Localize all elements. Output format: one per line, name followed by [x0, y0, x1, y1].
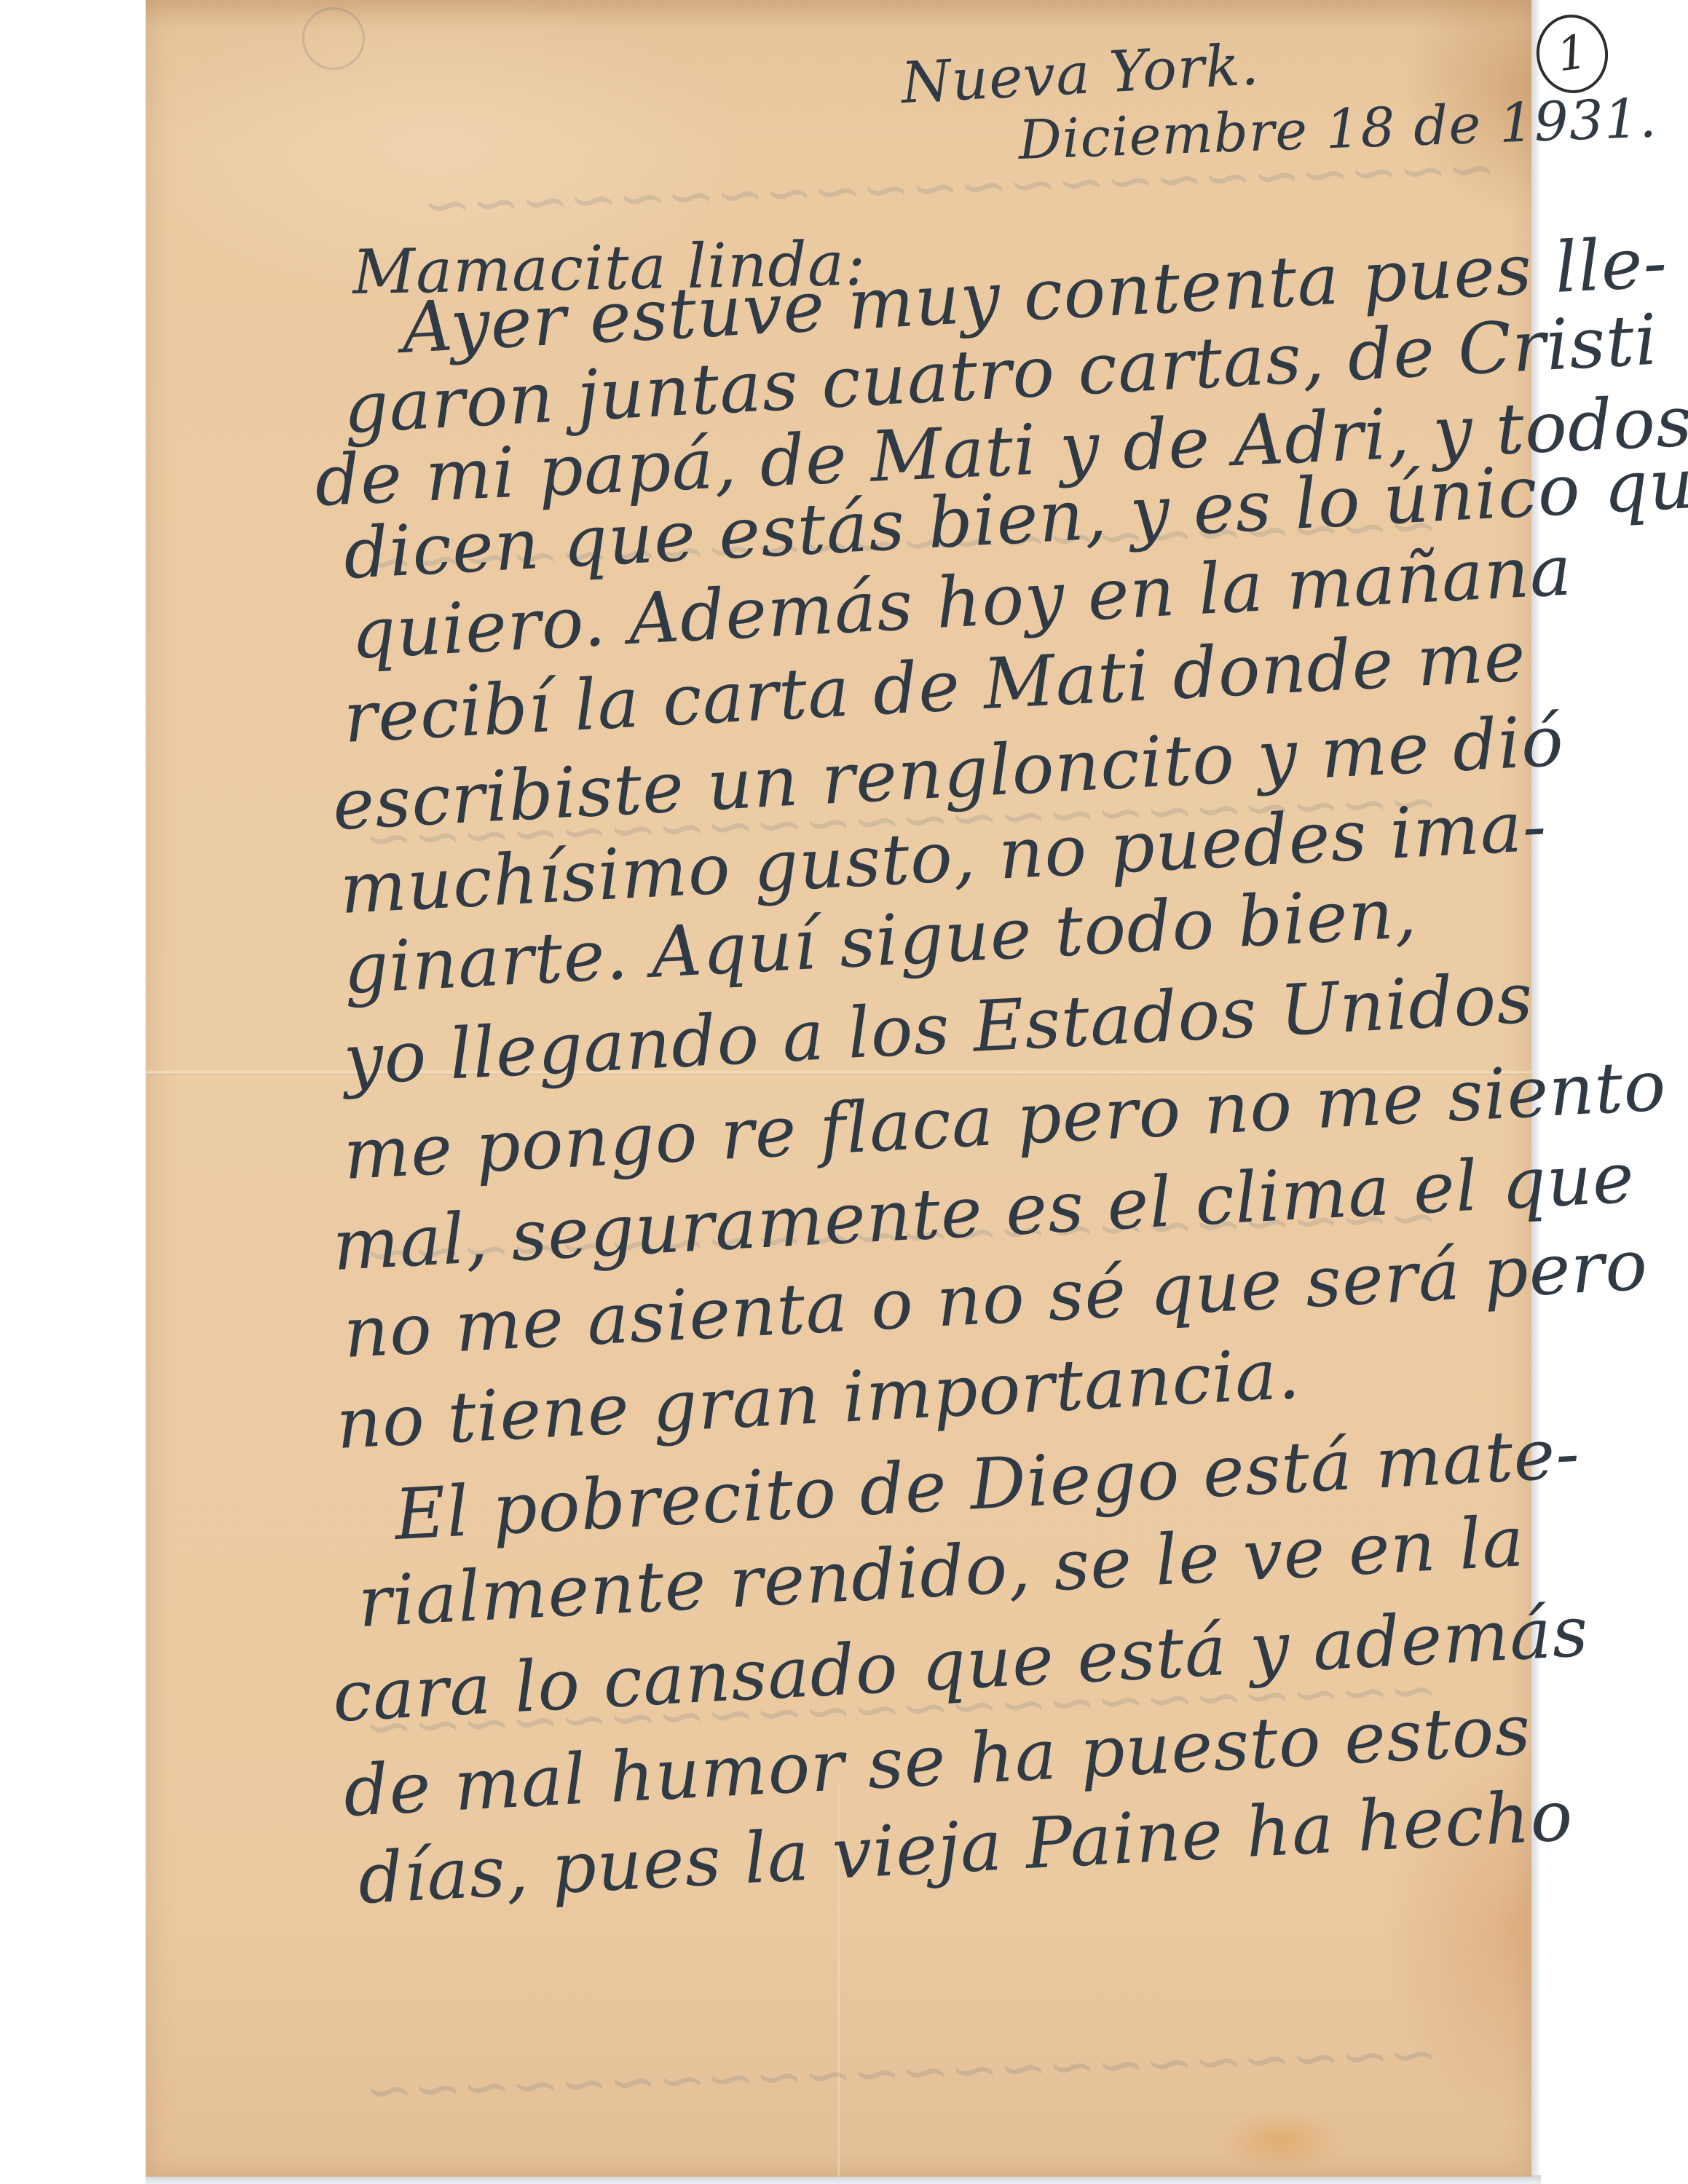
letter-page: ~~~~~~~~~~~~~~~~~~~~~~ ~~~~~~~~~~~~~~~~~…	[146, 0, 1531, 2177]
page-number-circled: 1	[1531, 10, 1613, 98]
page-number-text: 1	[1554, 25, 1591, 83]
bleed-through-page-number-circle	[302, 7, 365, 70]
bleed-through-text: ~~~~~~~~~~~~~~~~~~~~~~	[363, 2019, 1439, 2124]
